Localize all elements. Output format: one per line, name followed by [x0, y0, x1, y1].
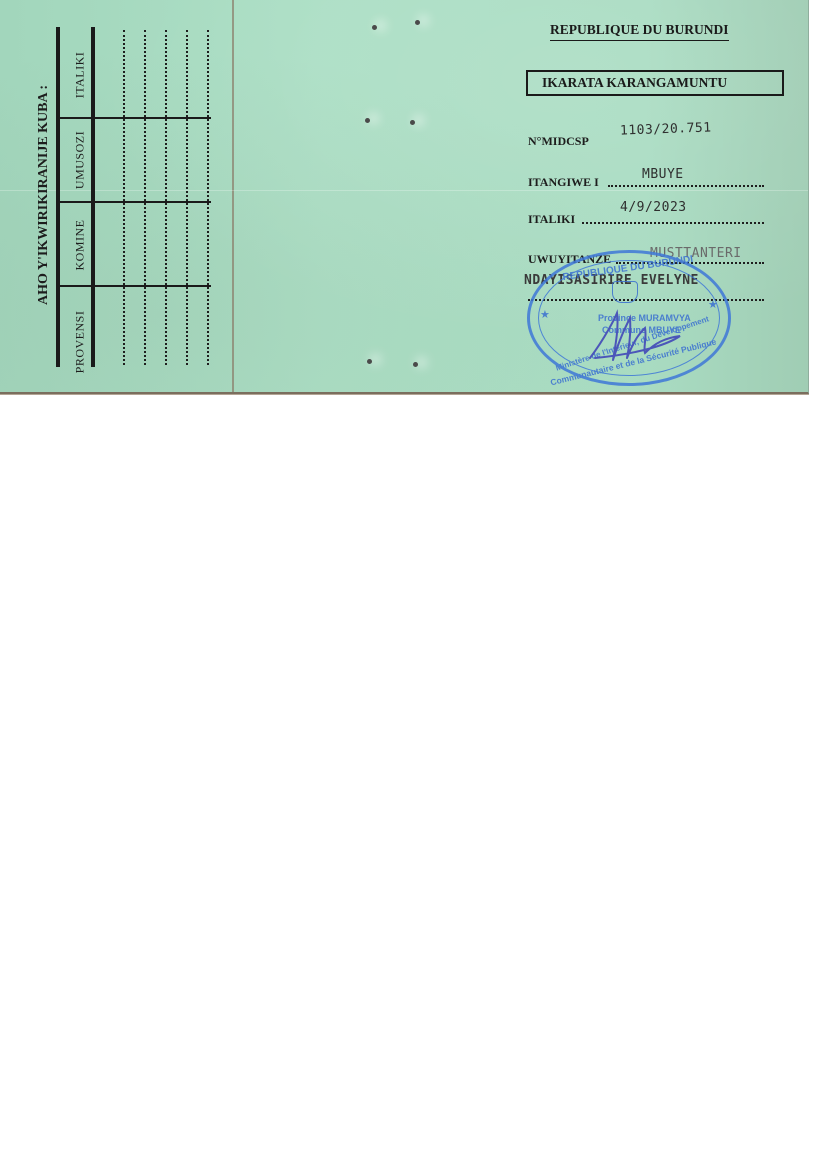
- staple-hole: [365, 118, 370, 123]
- country-heading: REPUBLIQUE DU BURUNDI: [550, 22, 729, 41]
- field-label-italiki: ITALIKI: [528, 212, 575, 227]
- identity-details: REPUBLIQUE DU BURUNDI IKARATA KARANGAMUN…: [520, 0, 810, 392]
- residence-table-title: AHO Y'IKWIRIKIRANIJE KUBA :: [36, 85, 52, 305]
- field-value-italiki: 4/9/2023: [620, 200, 687, 215]
- column-umusozi: UMUSOZI: [73, 131, 88, 189]
- official-stamp: REPUBLIQUE DU BURUNDI ★ ★ Province MURAM…: [527, 250, 731, 386]
- residence-history-table: AHO Y'IKWIRIKIRANIJE KUBA : PROVENSI KOM…: [24, 20, 224, 370]
- card-title: IKARATA KARANGAMUNTU: [526, 70, 784, 96]
- dotted-line: [582, 222, 764, 224]
- entry-row[interactable]: [186, 30, 188, 365]
- entry-row[interactable]: [207, 30, 209, 365]
- dotted-line: [608, 185, 764, 187]
- signature: [585, 308, 695, 368]
- column-separator: [59, 117, 211, 119]
- star-icon: ★: [708, 298, 718, 311]
- column-separator: [59, 201, 211, 203]
- entry-row[interactable]: [165, 30, 167, 365]
- entry-row[interactable]: [144, 30, 146, 365]
- field-label-itangiwe: ITANGIWE I: [528, 175, 599, 190]
- column-italiki: ITALIKI: [73, 52, 88, 99]
- field-value-midcsp: 1103/20.751: [620, 120, 712, 138]
- id-card: AHO Y'IKWIRIKIRANIJE KUBA : PROVENSI KOM…: [0, 0, 809, 394]
- fold-line: [232, 0, 234, 392]
- column-provensi: PROVENSI: [73, 311, 88, 374]
- staple-hole: [415, 20, 420, 25]
- table-border: [56, 27, 60, 367]
- field-value-itangiwe: MBUYE: [642, 167, 684, 182]
- staple-hole: [367, 359, 372, 364]
- entry-row[interactable]: [123, 30, 125, 365]
- staple-hole: [413, 362, 418, 367]
- table-border: [91, 27, 95, 367]
- column-komine: KOMINE: [73, 220, 88, 271]
- coat-of-arms-icon: [612, 281, 638, 303]
- staple-hole: [372, 25, 377, 30]
- field-label-midcsp: N°MIDCSP: [528, 134, 589, 149]
- staple-hole: [410, 120, 415, 125]
- star-icon: ★: [540, 308, 550, 321]
- column-separator: [59, 285, 211, 287]
